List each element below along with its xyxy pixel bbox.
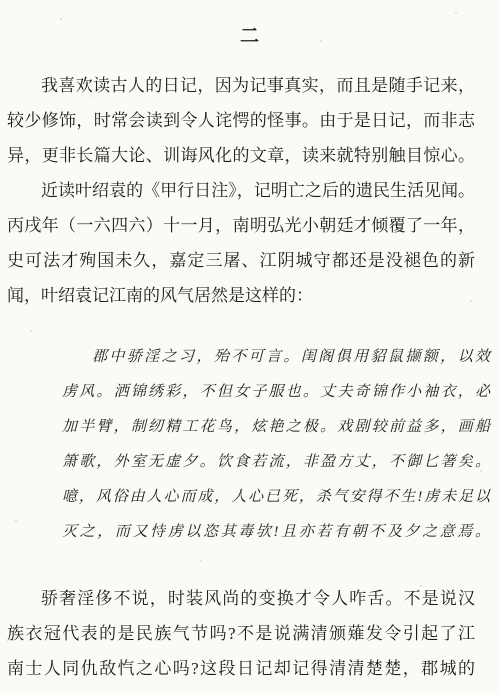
block-quote: 郡中骄淫之习，殆不可言。闺阁俱用貂鼠撷额，以效 虏风。洒锦绣彩，不但女子服也。丈… [62,340,490,550]
body-line: 族衣冠代表的是民族气节吗?不是说满清颁薙发令引起了江 [7,616,475,651]
body-line: 异，更非长篇大论、训诲风化的文章，读来就特别触目惊心。 [7,138,475,173]
quote-line: 虏风。洒锦绣彩，不但女子服也。丈夫奇锦作小袖衣，必 [62,375,490,410]
body-line: 闻，叶绍袁记江南的风气居然是这样的： [7,278,475,313]
body-text-upper: 我喜欢读古人的日记，因为记事真实，而且是随手记来， 较少修饰，时常会读到令人诧愕… [7,68,475,313]
quote-line: 加半臂，制纫精工花鸟，炫艳之极。戏剧较前益多，画船 [62,410,490,445]
body-line: 较少修饰，时常会读到令人诧愕的怪事。由于是日记，而非志 [7,103,475,138]
body-line: 我喜欢读古人的日记，因为记事真实，而且是随手记来， [7,68,475,103]
quote-line: 箫歌，外室无虚夕。饮食若流，非盈方丈，不御匕箸矣。 [62,445,490,480]
quote-line: 灭之，而又恃虏以恣其毒欤!且亦若有朝不及夕之意焉。 [62,515,490,550]
body-line: 近读叶绍袁的《甲行日注》，记明亡之后的遗民生活见闻。 [7,173,475,208]
quote-line: 郡中骄淫之习，殆不可言。闺阁俱用貂鼠撷额，以效 [62,340,490,375]
body-line: 南士人同仇敌忾之心吗?这段日记却记得清清楚楚，郡城的 [7,651,475,686]
body-line: 史可法才殉国未久，嘉定三屠、江阴城守都还是没褪色的新 [7,243,475,278]
body-line: 丙戌年（一六四六）十一月，南明弘光小朝廷才倾覆了一年， [7,208,475,243]
chapter-title: 二 [0,26,500,48]
body-line: 骄奢淫侈不说，时装风尚的变换才令人咋舌。不是说汉 [7,581,475,616]
body-text-lower: 骄奢淫侈不说，时装风尚的变换才令人咋舌。不是说汉 族衣冠代表的是民族气节吗?不是… [7,581,475,686]
quote-line: 噫，风俗由人心而成，人心已死，杀气安得不生!虏未足以 [62,480,490,515]
scanned-book-page: 二 我喜欢读古人的日记，因为记事真实，而且是随手记来， 较少修饰，时常会读到令人… [0,0,500,695]
